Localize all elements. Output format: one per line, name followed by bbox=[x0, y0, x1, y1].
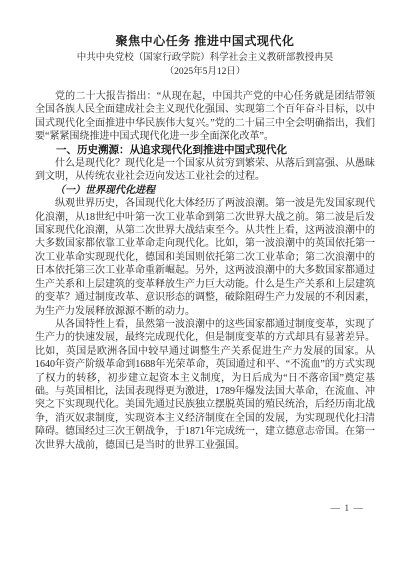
paragraph: 从各国特性上看，虽然第一波浪潮中的这些国家都通过制度变革，实现了生产力的快速发展… bbox=[35, 318, 375, 452]
section-heading: 一、历史溯源：从追求现代化到推进中国式现代化 bbox=[35, 144, 375, 157]
paragraph: 党的二十大报告指出：“从现在起，中国共产党的中心任务就是团结带领全国各族人民全面… bbox=[35, 90, 375, 144]
paragraph: 什么是现代化？现代化是一个国家从贫穷到繁荣、从落后到富强、从愚昧到文明，从传统农… bbox=[35, 157, 375, 184]
paragraph: 纵观世界历史，各国现代化大体经历了两波浪潮。第一波是先发国家现代化浪潮，从18世… bbox=[35, 197, 375, 318]
doc-body: 党的二十大报告指出：“从现在起，中国共产党的中心任务就是团结带领全国各族人民全面… bbox=[35, 90, 375, 452]
sub-heading: （一）世界现代化进程 bbox=[35, 184, 375, 197]
doc-date: （2025年5月12日） bbox=[35, 65, 375, 79]
doc-title: 聚焦中心任务 推进中国式现代化 bbox=[35, 34, 375, 49]
document-page: 聚焦中心任务 推进中国式现代化 中共中央党校（国家行政学院）科学社会主义教研部教… bbox=[0, 0, 410, 580]
page-number: — 1 — bbox=[331, 504, 365, 514]
doc-byline: 中共中央党校（国家行政学院）科学社会主义教研部教授冉昊 bbox=[35, 51, 375, 65]
